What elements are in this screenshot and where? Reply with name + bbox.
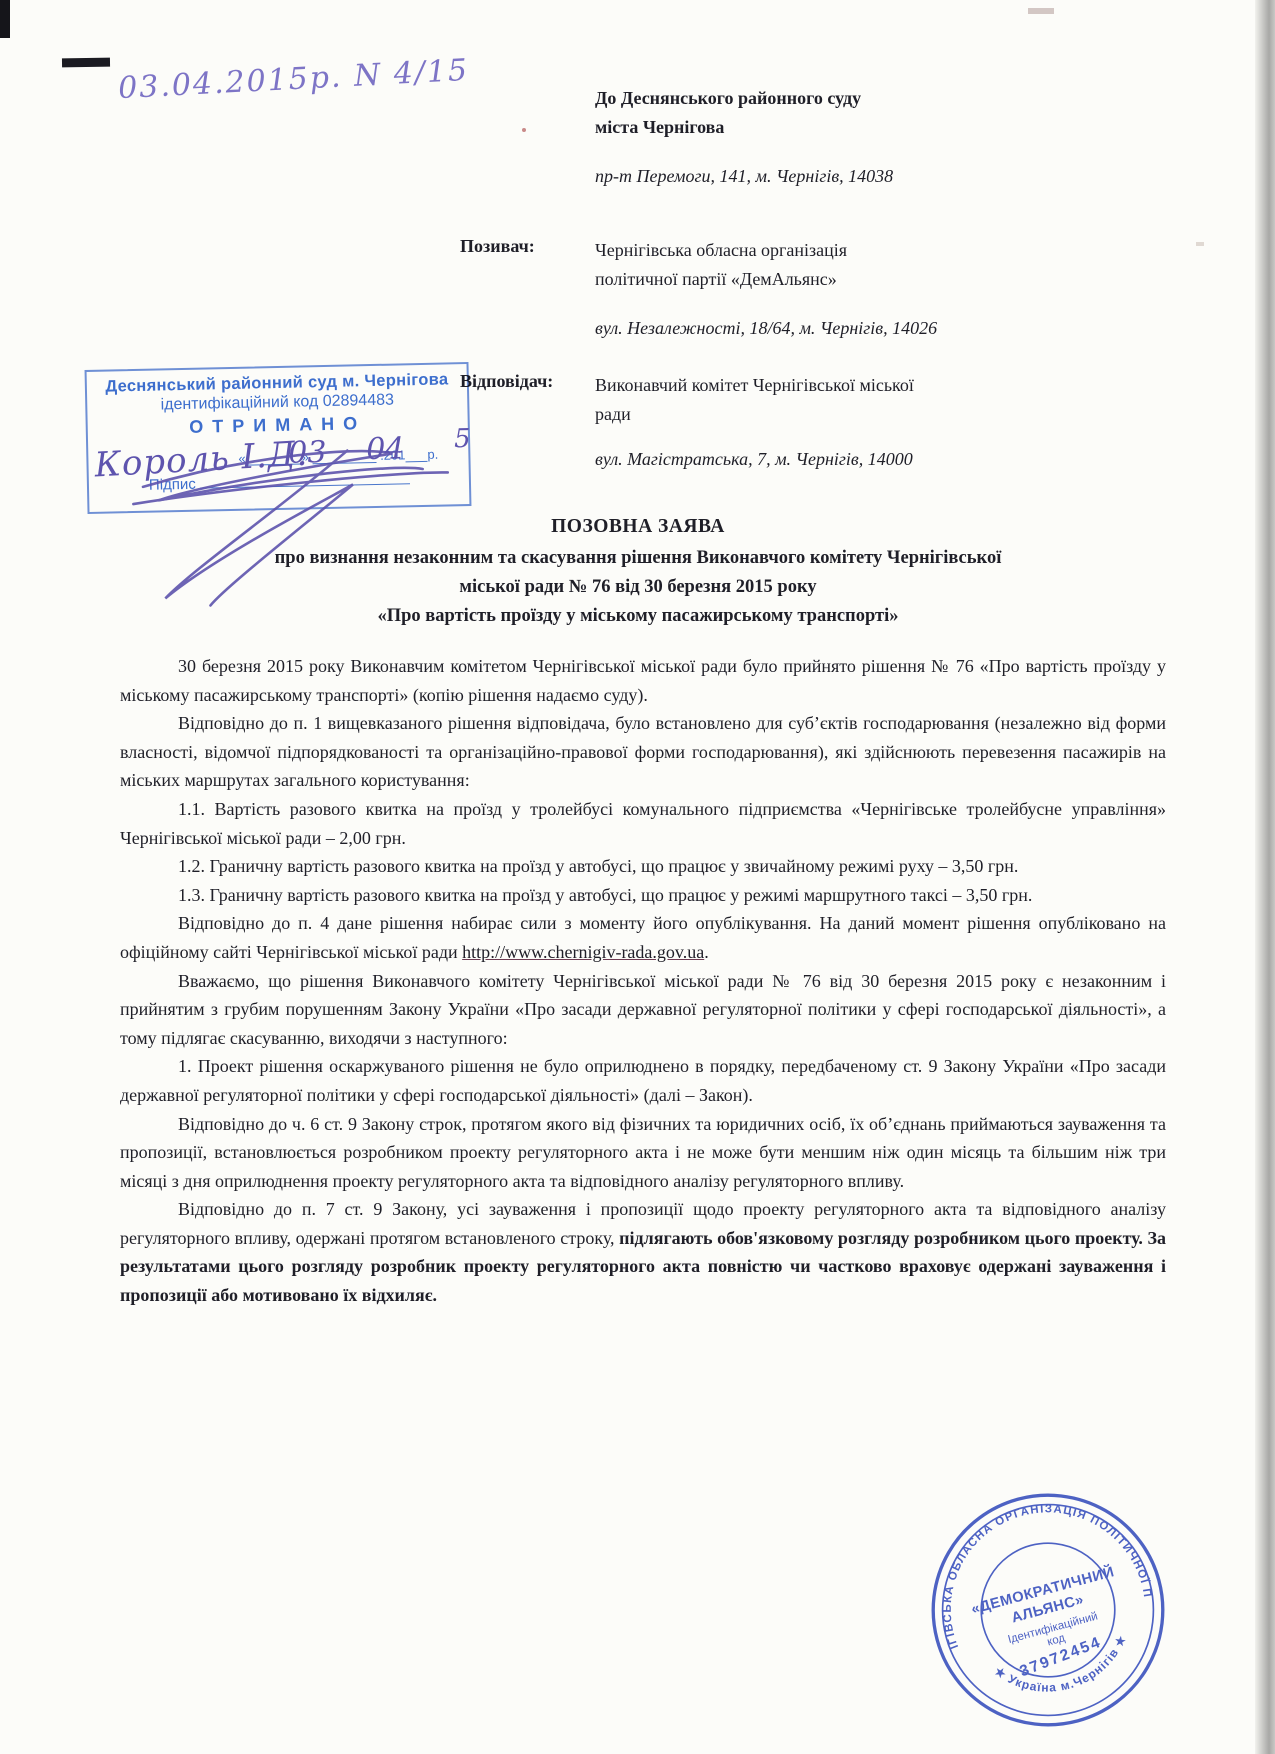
body-paragraph: 30 березня 2015 року Виконавчим комітето…: [120, 652, 1166, 709]
url-text: http://www.chernigiv-rada.gov.ua: [462, 942, 704, 962]
handwritten-month: 04: [366, 431, 405, 467]
plaintiff-line2: політичної партії «ДемАльянс»: [595, 265, 847, 294]
year-suffix: р.: [427, 447, 438, 462]
scanned-court-document: 03.04.2015р. N 4/15 До Деснянського райо…: [0, 0, 1275, 1754]
defendant-label: Відповідач:: [460, 371, 553, 392]
plaintiff-label: Позивач:: [460, 236, 535, 257]
defendant-address: вул. Магістратська, 7, м. Чернігів, 1400…: [595, 449, 913, 470]
subtitle-line2: міської ради № 76 від 30 березня 2015 ро…: [110, 573, 1166, 602]
handwritten-day: 03: [288, 435, 327, 471]
court-receipt-stamp: Деснянський районний суд м. Чернігова ід…: [85, 362, 472, 514]
scan-dash-mark: [62, 58, 110, 68]
body-paragraph: 1.2. Граничну вартість разового квитка н…: [120, 852, 1166, 881]
document-body: 30 березня 2015 року Виконавчим комітето…: [120, 652, 1166, 1310]
court-name-line1: До Деснянського районного суду: [595, 84, 861, 113]
year-blank: [405, 447, 427, 462]
scan-edge-shadow: [1255, 0, 1275, 1754]
seal-ring-text: ЧЕРНІГІВСЬКА ОБЛАСНА ОРГАНІЗАЦІЯ ПОЛІТИЧ…: [901, 1463, 1155, 1657]
defendant-line2: ради: [595, 400, 914, 429]
handwritten-year-digit: 5: [454, 424, 471, 454]
document-subtitle: про визнання незаконним та скасування рі…: [110, 544, 1166, 631]
plaintiff-address: вул. Незалежності, 18/64, м. Чернігів, 1…: [595, 318, 937, 339]
body-paragraph: 1.1. Вартість разового квитка на проїзд …: [120, 795, 1166, 852]
body-paragraph: Відповідно до ч. 6 ст. 9 Закону строк, п…: [120, 1110, 1166, 1196]
handwritten-case-note: 03.04.2015р. N 4/15: [117, 53, 470, 106]
court-header: До Деснянського районного суду міста Чер…: [595, 84, 861, 142]
body-paragraph: Відповідно до п. 7 ст. 9 Закону, усі зау…: [120, 1195, 1166, 1309]
subtitle-line1: про визнання незаконним та скасування рі…: [110, 544, 1166, 573]
scan-speck: [522, 128, 526, 132]
document-title-block: ПОЗОВНА ЗАЯВА про визнання незаконним та…: [110, 516, 1166, 631]
organization-seal: ЧЕРНІГІВСЬКА ОБЛАСНА ОРГАНІЗАЦІЯ ПОЛІТИЧ…: [901, 1463, 1195, 1754]
plaintiff-line1: Чернігівська обласна організація: [595, 236, 847, 265]
defendant-value: Виконавчий комітет Чернігівської міської…: [595, 371, 914, 429]
document-title: ПОЗОВНА ЗАЯВА: [110, 516, 1166, 538]
subtitle-line3: «Про вартість проїзду у міському пасажир…: [110, 602, 1166, 631]
body-paragraph: Відповідно до п. 1 вищевказаного рішення…: [120, 709, 1166, 795]
court-address: пр-т Перемоги, 141, м. Чернігів, 14038: [595, 166, 893, 187]
signature-label: Підпис: [149, 476, 196, 494]
defendant-line1: Виконавчий комітет Чернігівської міської: [595, 371, 914, 400]
body-paragraph: Вважаємо, що рішення Виконавчого комітет…: [120, 967, 1166, 1053]
scan-speck: [1028, 8, 1054, 14]
court-name-line2: міста Чернігова: [595, 113, 861, 142]
scan-corner-mark: [0, 0, 10, 38]
plaintiff-value: Чернігівська обласна організація політич…: [595, 236, 847, 294]
body-paragraph: 1.3. Граничну вартість разового квитка н…: [120, 881, 1166, 910]
body-paragraph: Відповідно до п. 4 дане рішення набирає …: [120, 909, 1166, 966]
scan-speck: [1196, 242, 1204, 246]
body-paragraph: 1. Проект рішення оскаржуваного рішення …: [120, 1052, 1166, 1109]
